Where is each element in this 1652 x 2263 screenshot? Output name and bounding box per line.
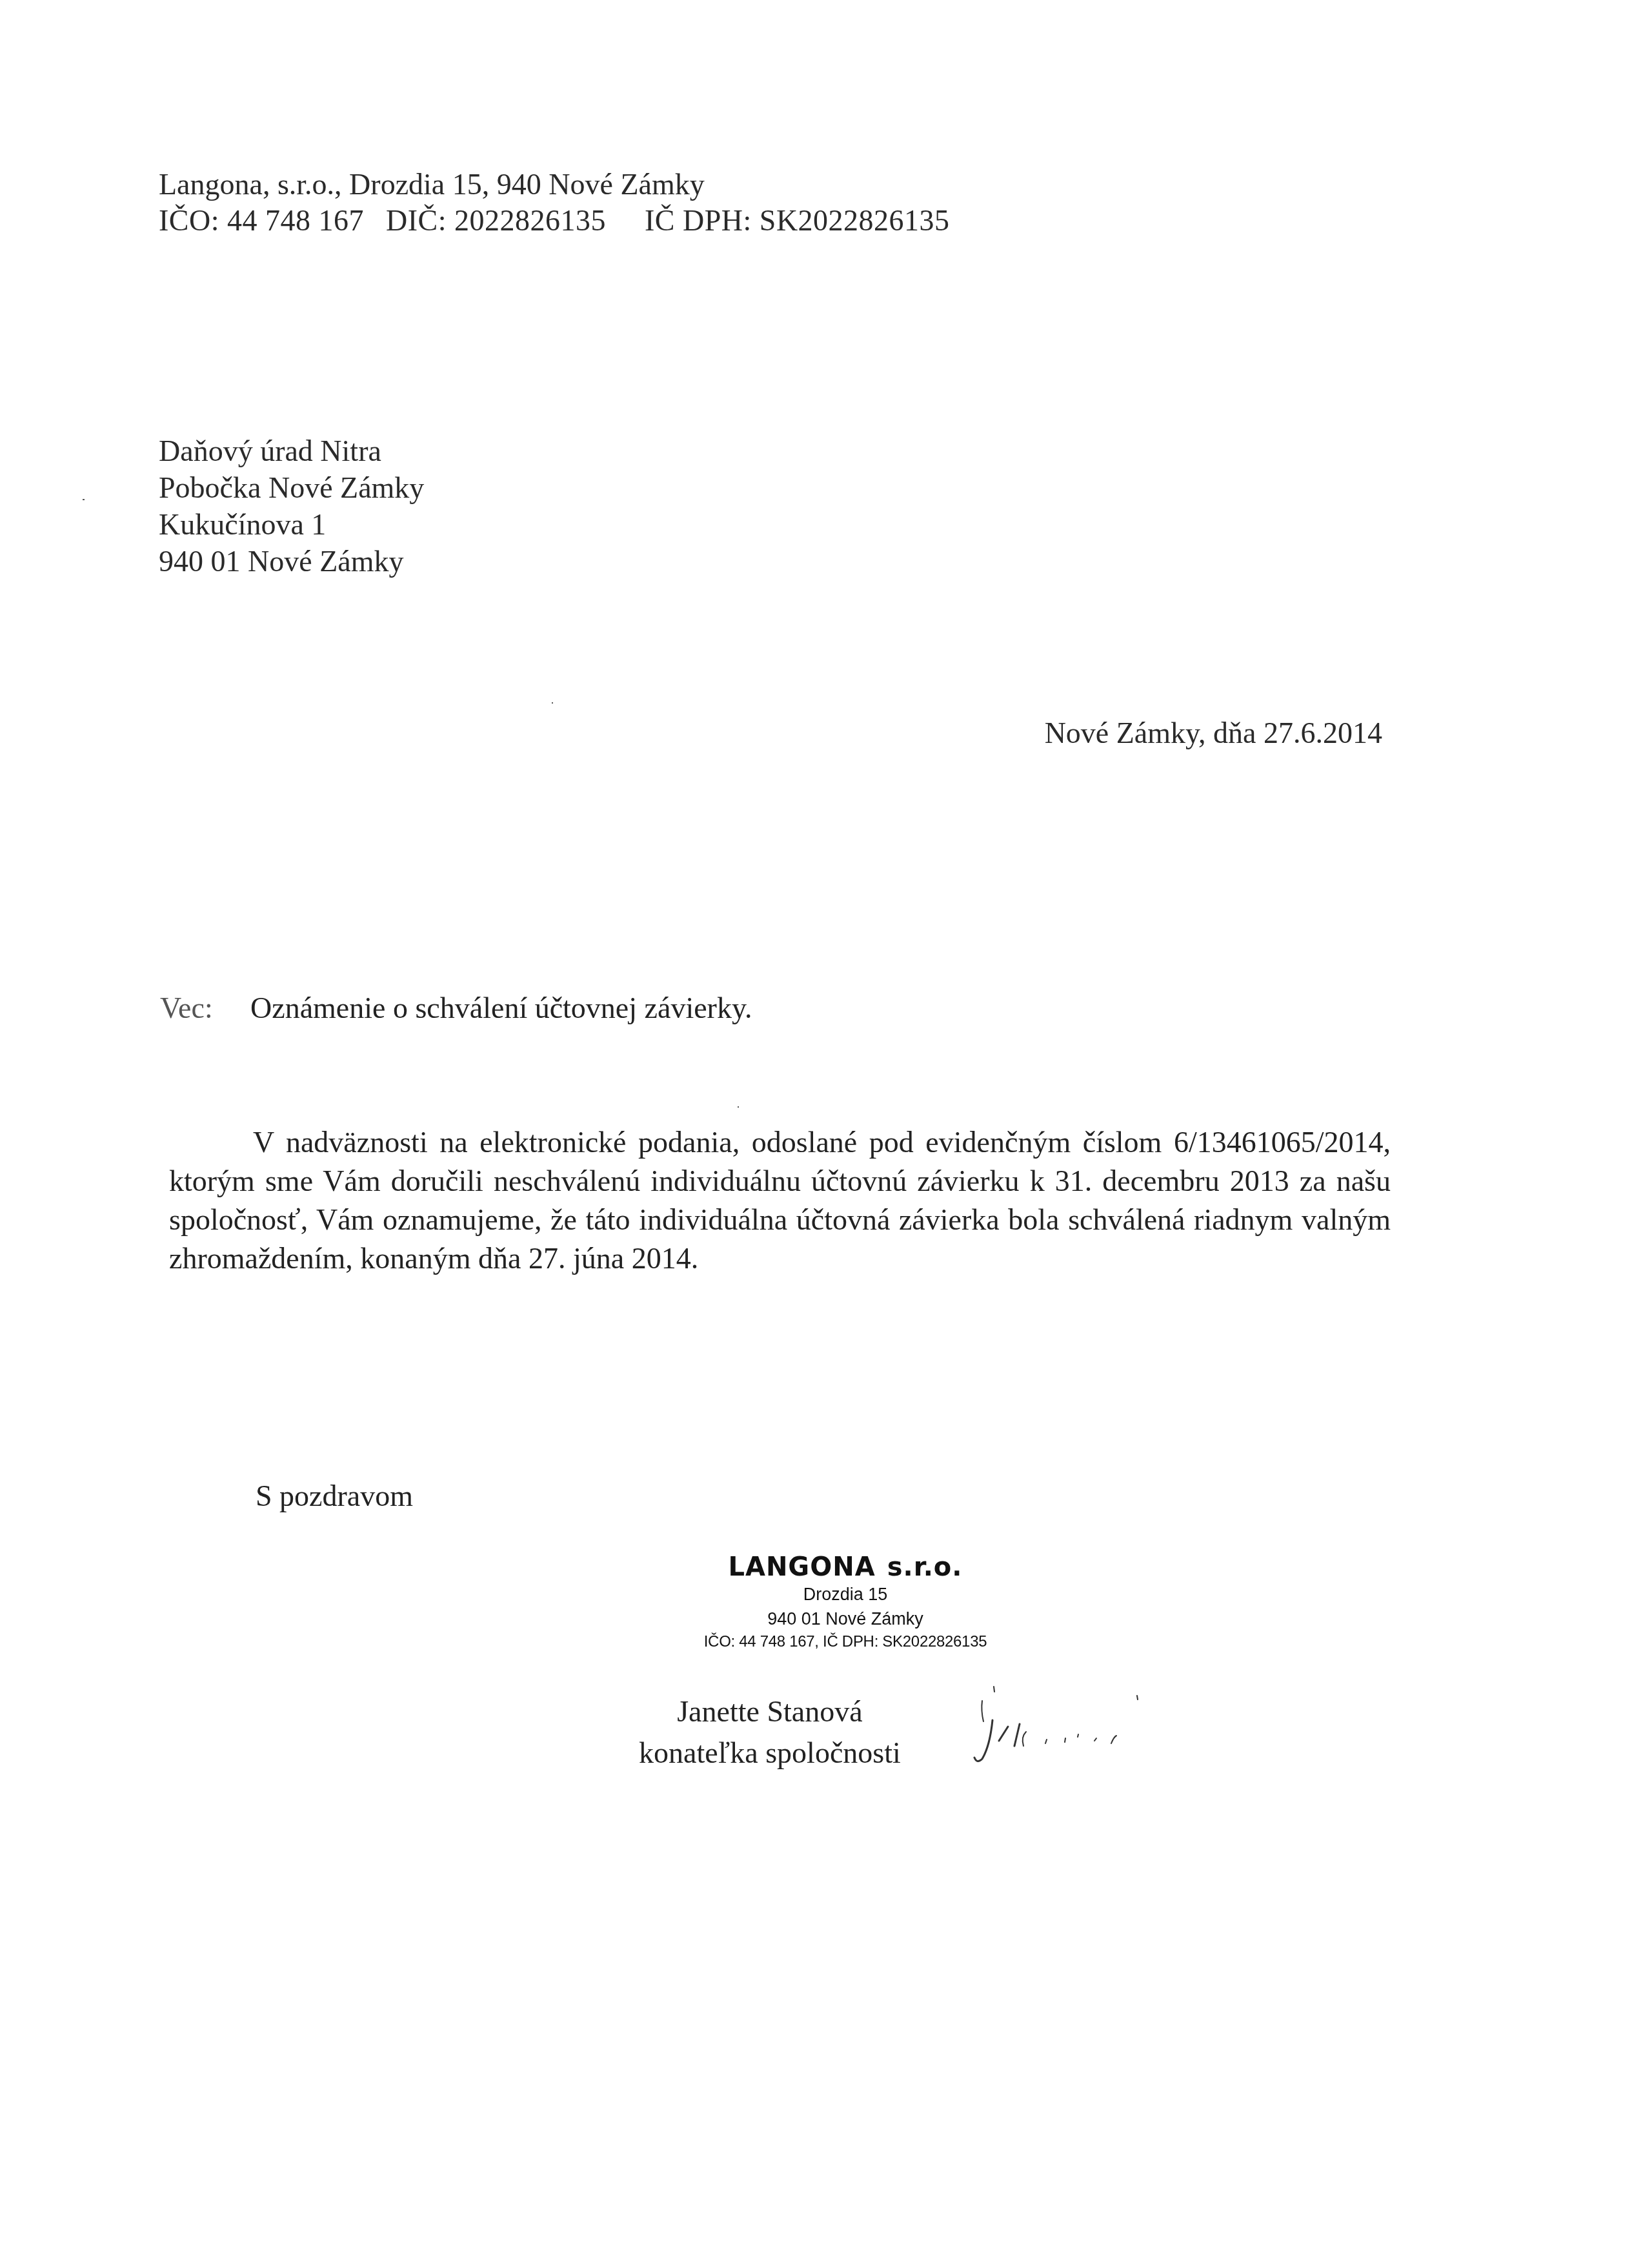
sender-ico: IČO: 44 748 167	[159, 204, 364, 237]
stamp-company-suffix: s.r.o.	[887, 1552, 963, 1582]
stamp-street: Drozdia 15	[671, 1582, 1020, 1607]
signer-name: Janette Stanová	[639, 1691, 901, 1732]
recipient-line: 940 01 Nové Zámky	[159, 543, 424, 580]
scan-speck	[83, 499, 85, 500]
sender-address: Langona, s.r.o., Drozdia 15, 940 Nové Zá…	[159, 167, 950, 203]
sender-ids: IČO: 44 748 167DIČ: 2022826135IČ DPH: SK…	[159, 203, 950, 239]
recipient-line: Daňový úrad Nitra	[159, 432, 424, 469]
signer-block: Janette Stanová konateľka spoločnosti	[639, 1691, 901, 1774]
sender-ic-dph: IČ DPH: SK2022826135	[645, 204, 950, 237]
stamp-company: LANGONA	[728, 1552, 875, 1582]
sender-header: Langona, s.r.o., Drozdia 15, 940 Nové Zá…	[159, 167, 950, 239]
letter-page: Langona, s.r.o., Drozdia 15, 940 Nové Zá…	[0, 0, 1652, 2263]
company-stamp: LANGONAs.r.o. Drozdia 15 940 01 Nové Zám…	[671, 1552, 1020, 1653]
stamp-ids: IČO: 44 748 167, IČ DPH: SK2022826135	[671, 1631, 1020, 1653]
sender-dic: DIČ: 2022826135	[386, 204, 606, 237]
recipient-line: Pobočka Nové Zámky	[159, 469, 424, 506]
stamp-company-name: LANGONAs.r.o.	[671, 1552, 1020, 1582]
closing-salutation: S pozdravom	[256, 1478, 413, 1514]
subject-text: Oznámenie o schválení účtovnej závierky.	[250, 991, 752, 1024]
scan-speck	[552, 702, 553, 704]
date-line: Nové Zámky, dňa 27.6.2014	[1045, 715, 1382, 751]
scan-speck	[738, 1106, 739, 1108]
subject-label: Vec:	[160, 990, 250, 1026]
stamp-city: 940 01 Nové Zámky	[671, 1607, 1020, 1631]
subject-line: Vec:Oznámenie o schválení účtovnej závie…	[160, 990, 752, 1026]
handwritten-signature-icon	[968, 1681, 1181, 1772]
signer-title: konateľka spoločnosti	[639, 1732, 901, 1774]
recipient-line: Kukučínova 1	[159, 506, 424, 543]
recipient-address: Daňový úrad Nitra Pobočka Nové Zámky Kuk…	[159, 432, 424, 580]
letter-body: V nadväznosti na elektronické podania, o…	[169, 1123, 1391, 1278]
body-paragraph: V nadväznosti na elektronické podania, o…	[169, 1123, 1391, 1278]
